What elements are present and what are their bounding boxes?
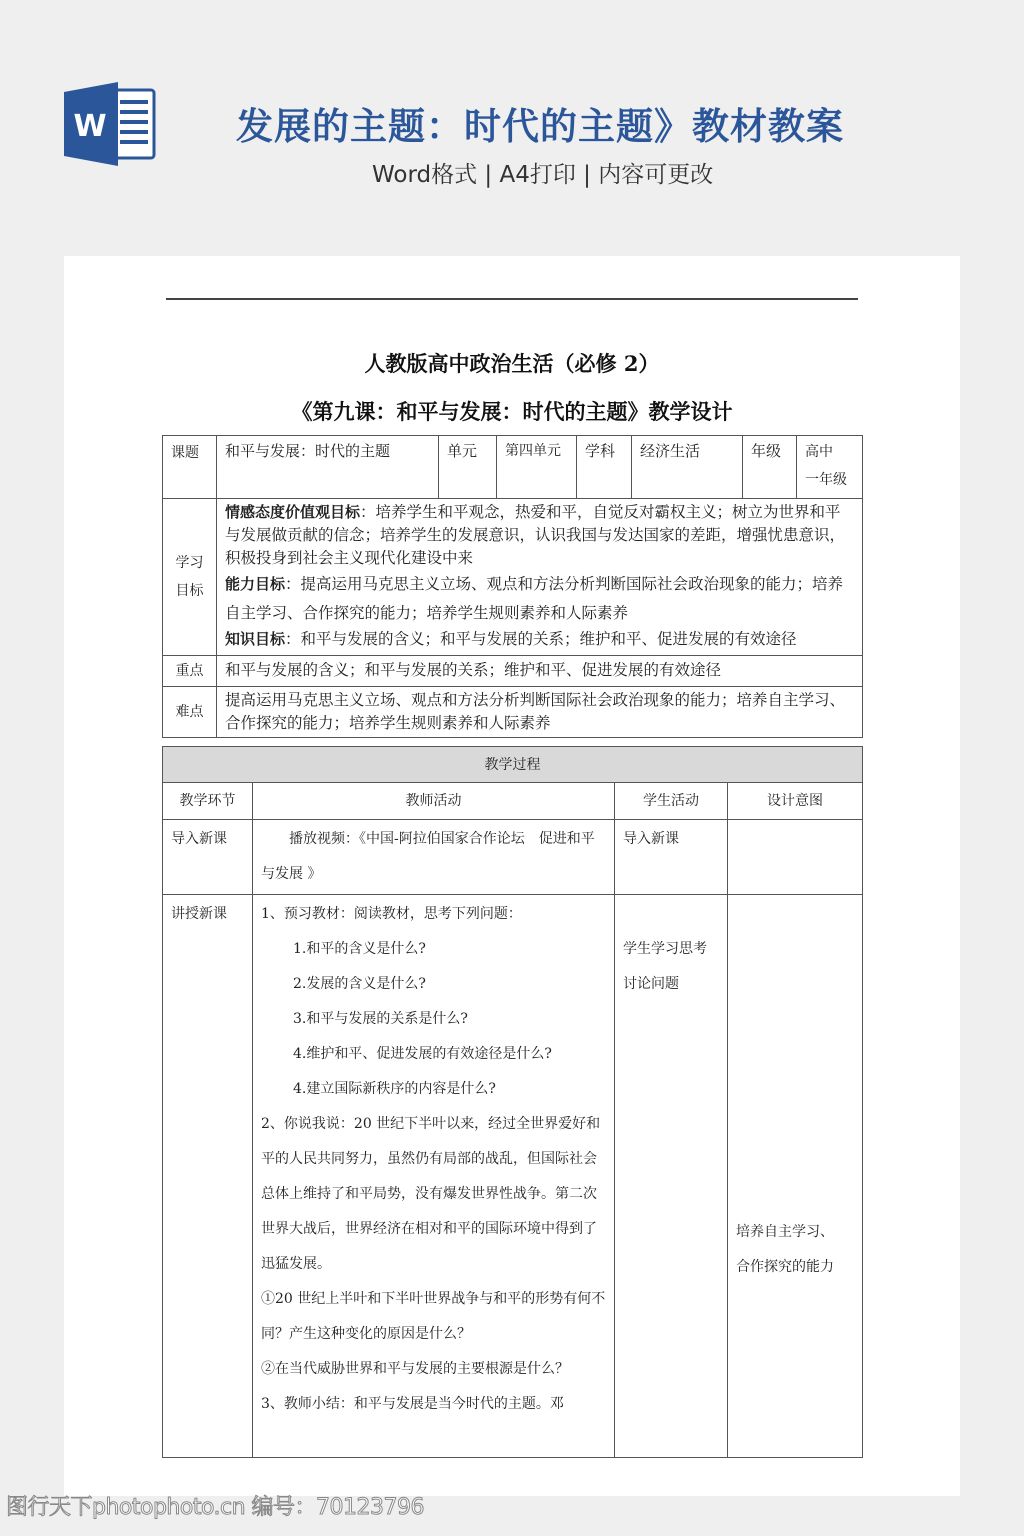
ability-goal-text: ：提高运用马克思主义立场、观点和方法分析判断国际社会政治现象的能力；培养自主学习… bbox=[225, 575, 843, 622]
key-point-text: 和平与发展的含义；和平与发展的关系；维护和平、促进发展的有效途径 bbox=[217, 656, 863, 687]
student-activity-line2: 讨论问题 bbox=[623, 967, 719, 1002]
teaching-process-table: 教学过程 教学环节 教师活动 学生活动 设计意图 导入新课 播放视频：《中国-阿… bbox=[162, 746, 863, 1458]
intent-line2: 合作探究的能力 bbox=[736, 1250, 854, 1285]
process-heading: 教学过程 bbox=[163, 747, 863, 783]
process-column-headers: 教学环节 教师活动 学生活动 设计意图 bbox=[163, 783, 863, 820]
page-header: W 发展的主题：时代的主题》教材教案 Word格式 | A4打印 | 内容可更改 bbox=[0, 0, 1024, 250]
topic-value: 和平与发展：时代的主题 bbox=[217, 436, 439, 499]
intent-line1: 培养自主学习、 bbox=[736, 1215, 854, 1250]
watermark: 图行天下photophoto.cn 编号：70123796 bbox=[6, 1490, 424, 1521]
unit-label: 单元 bbox=[439, 436, 497, 499]
sub-question-1: ①20 世纪上半叶和下半叶世界战争与和平的形势有何不同？产生这种变化的原因是什么… bbox=[261, 1282, 606, 1352]
ability-goal: 能力目标：提高运用马克思主义立场、观点和方法分析判断国际社会政治现象的能力；培养… bbox=[225, 570, 854, 628]
unit-value: 第四单元 bbox=[497, 436, 577, 499]
knowledge-goal-label: 知识目标 bbox=[225, 630, 285, 648]
grade-label: 年级 bbox=[743, 436, 797, 499]
sub-question-2: ②在当代威胁世界和平与发展的主要根源是什么？ bbox=[261, 1352, 606, 1387]
word-icon: W bbox=[64, 82, 156, 166]
col-stage: 教学环节 bbox=[163, 783, 253, 820]
col-teacher: 教师活动 bbox=[253, 783, 615, 820]
info-row: 课题 和平与发展：时代的主题 单元 第四单元 学科 经济生活 年级 高中 一年级 bbox=[163, 436, 863, 499]
question-item: 4.维护和平、促进发展的有效途径是什么? bbox=[261, 1037, 606, 1072]
emotion-goal: 情感态度价值观目标：培养学生和平观念，热爱和平，自觉反对霸权主义；树立为世界和平… bbox=[225, 501, 854, 570]
grade-value-line2: 一年级 bbox=[805, 466, 854, 494]
teacher-cell: 1、预习教材：阅读教材，思考下列问题： 1.和平的含义是什么? 2.发展的含义是… bbox=[253, 895, 615, 1458]
svg-text:W: W bbox=[73, 109, 106, 144]
document-page: 人教版高中政治生活（必修 2） 《第九课：和平与发展：时代的主题》教学设计 课题… bbox=[64, 256, 960, 1496]
difficulty-label: 难点 bbox=[163, 687, 217, 738]
intent-cell: 培养自主学习、 合作探究的能力 bbox=[728, 895, 863, 1458]
student-cell: 学生学习思考 讨论问题 bbox=[615, 895, 728, 1458]
student-cell: 导入新课 bbox=[615, 820, 728, 895]
goals-label: 学习 目标 bbox=[163, 499, 217, 656]
intent-cell bbox=[728, 820, 863, 895]
goals-row: 学习 目标 情感态度价值观目标：培养学生和平观念，热爱和平，自觉反对霸权主义；树… bbox=[163, 499, 863, 656]
teacher-summary: 3、教师小结：和平与发展是当今时代的主题。邓 bbox=[261, 1387, 606, 1422]
col-intent: 设计意图 bbox=[728, 783, 863, 820]
lesson-plan-table: 课题 和平与发展：时代的主题 单元 第四单元 学科 经济生活 年级 高中 一年级… bbox=[162, 435, 863, 738]
goals-label-line2: 目标 bbox=[165, 577, 214, 605]
header-rule bbox=[166, 298, 858, 300]
question-item: 4.建立国际新秩序的内容是什么? bbox=[261, 1072, 606, 1107]
grade-value: 高中 一年级 bbox=[797, 436, 863, 499]
preview-intro: 1、预习教材：阅读教材，思考下列问题： bbox=[261, 897, 606, 932]
discussion-text: 2、你说我说：20 世纪下半叶以来，经过全世界爱好和平的人民共同努力，虽然仍有局… bbox=[261, 1107, 606, 1282]
student-activity-line1: 学生学习思考 bbox=[623, 932, 719, 967]
document-title: 人教版高中政治生活（必修 2） bbox=[64, 348, 960, 378]
knowledge-goal-text: ：和平与发展的含义；和平与发展的关系；维护和平、促进发展的有效途径 bbox=[285, 630, 797, 648]
grade-value-line1: 高中 bbox=[805, 438, 854, 466]
document-subtitle: 《第九课：和平与发展：时代的主题》教学设计 bbox=[64, 396, 960, 426]
difficulty-row: 难点 提高运用马克思主义立场、观点和方法分析判断国际社会政治现象的能力；培养自主… bbox=[163, 687, 863, 738]
emotion-goal-label: 情感态度价值观目标 bbox=[225, 503, 360, 521]
table-row: 讲授新课 1、预习教材：阅读教材，思考下列问题： 1.和平的含义是什么? 2.发… bbox=[163, 895, 863, 1458]
teacher-cell: 播放视频：《中国-阿拉伯国家合作论坛 促进和平与发展 》 bbox=[253, 820, 615, 895]
topic-label: 课题 bbox=[163, 436, 217, 499]
key-point-row: 重点 和平与发展的含义；和平与发展的关系；维护和平、促进发展的有效途径 bbox=[163, 656, 863, 687]
question-item: 2.发展的含义是什么? bbox=[261, 967, 606, 1002]
knowledge-goal: 知识目标：和平与发展的含义；和平与发展的关系；维护和平、促进发展的有效途径 bbox=[225, 628, 854, 651]
key-point-label: 重点 bbox=[163, 656, 217, 687]
stage-cell: 导入新课 bbox=[163, 820, 253, 895]
table-row: 导入新课 播放视频：《中国-阿拉伯国家合作论坛 促进和平与发展 》 导入新课 bbox=[163, 820, 863, 895]
banner-title: 发展的主题：时代的主题》教材教案 bbox=[236, 96, 896, 150]
stage-cell: 讲授新课 bbox=[163, 895, 253, 1458]
col-student: 学生活动 bbox=[615, 783, 728, 820]
goals-content: 情感态度价值观目标：培养学生和平观念，热爱和平，自觉反对霸权主义；树立为世界和平… bbox=[217, 499, 863, 656]
banner-subtitle: Word格式 | A4打印 | 内容可更改 bbox=[372, 156, 713, 189]
goals-label-line1: 学习 bbox=[165, 549, 214, 577]
ability-goal-label: 能力目标 bbox=[225, 575, 285, 593]
question-item: 1.和平的含义是什么? bbox=[261, 932, 606, 967]
subject-value: 经济生活 bbox=[632, 436, 743, 499]
difficulty-text: 提高运用马克思主义立场、观点和方法分析判断国际社会政治现象的能力；培养自主学习、… bbox=[217, 687, 863, 738]
question-item: 3.和平与发展的关系是什么? bbox=[261, 1002, 606, 1037]
subject-label: 学科 bbox=[577, 436, 632, 499]
